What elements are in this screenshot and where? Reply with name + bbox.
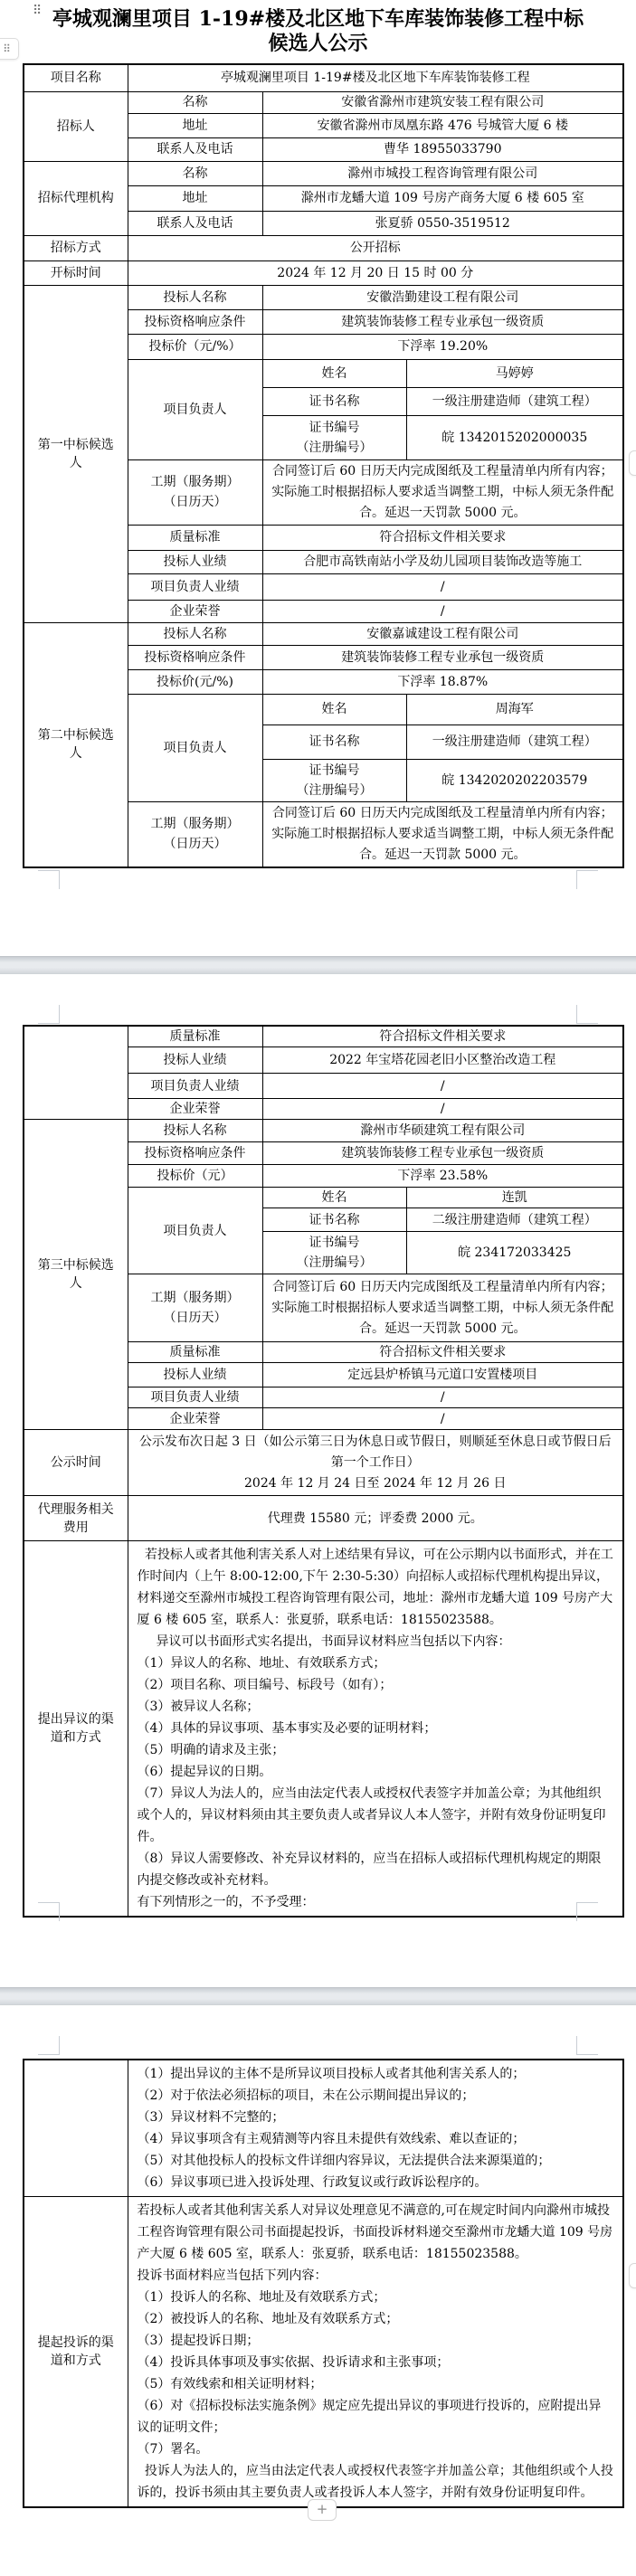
cell-value: 亭城观澜里项目 1-19#楼及北区地下车库装饰装修工程 [128, 64, 623, 91]
row-label: 代理服务相关费用 [24, 1496, 128, 1541]
paragraph: （2）对于依法必须招标的项目，未在公示期间提出异议的； [138, 2085, 614, 2107]
row-label: 招标方式 [24, 235, 128, 260]
side-handle-button[interactable] [629, 2263, 636, 2288]
row-label: 招标代理机构 [24, 161, 128, 235]
sub-label: 投标资格响应条件 [128, 309, 262, 334]
bid-result-table-page1: 项目名称 亭城观澜里项目 1-19#楼及北区地下车库装饰装修工程 招标人 名称 … [23, 63, 624, 868]
cell-value: 马婷婷 [406, 359, 623, 387]
paragraph: （5）对其他投标人的投标文件详细内容异议，无法提供合法来源渠道的； [138, 2150, 614, 2172]
sub-label: 投标人名称 [128, 1120, 262, 1142]
cell-value: 一级注册建造师（建筑工程） [406, 724, 623, 759]
label-line: 工期（服务期） [136, 472, 255, 492]
sub-label: 联系人及电话 [128, 211, 262, 235]
cell-value: 二级注册建造师（建筑工程） [406, 1208, 623, 1232]
cell-value: 安徽浩勤建设工程有限公司 [262, 285, 623, 309]
page-margin-mark [38, 1902, 60, 1921]
cell-value: 安徽省滁州市凤凰东路 476 号城管大厦 6 楼 [262, 113, 623, 137]
cell-value: 下浮率 23.58% [262, 1165, 623, 1188]
sub-label: 企业荣誉 [128, 1408, 262, 1430]
row-label: 提出异议的渠道和方式 [24, 1541, 128, 1918]
label-line: （日历天） [136, 1308, 255, 1328]
page-separator [0, 956, 636, 974]
sub-label: 企业荣誉 [128, 600, 262, 622]
sub-label: 项目负责人 [128, 694, 262, 801]
drag-handle-button[interactable]: ⠿ [0, 38, 19, 60]
sub-label: 企业荣誉 [128, 1099, 262, 1120]
cell-value: 2024 年 12 月 20 日 15 时 00 分 [128, 260, 623, 285]
sub-label: 名称 [128, 91, 262, 113]
cell-value: / [262, 1387, 623, 1408]
cell-value: 公开招标 [128, 235, 623, 260]
sub-label: 项目负责人业绩 [128, 573, 262, 600]
cell-value: 安徽省滁州市建筑安装工程有限公司 [262, 91, 623, 113]
paragraph: （6）提起异议的日期。 [138, 1761, 614, 1783]
sub-label: 投标资格响应条件 [128, 645, 262, 669]
sub-label: 项目负责人业绩 [128, 1387, 262, 1408]
cell-value: 曹华 18955033790 [262, 137, 623, 161]
sub-label: 项目负责人 [128, 1188, 262, 1274]
paragraph: （7）署名。 [138, 2439, 614, 2460]
sub-label: 姓名 [262, 359, 406, 387]
paragraph: （2）项目名称、项目编号、标段号（如有）； [138, 1674, 614, 1696]
paragraph: （1）提出异议的主体不是所异议项目投标人或者其他利害关系人的； [138, 2063, 614, 2085]
label-line: 工期（服务期） [136, 1288, 255, 1308]
side-handle-button[interactable] [629, 450, 636, 476]
publicity-line: 公示发布次日起 3 日（如公示第三日为休息日或节假日，则顺延至休息日或节假日后第… [136, 1432, 616, 1473]
candidate3-label: 第三中标候选人 [24, 1120, 128, 1430]
row-label: 公示时间 [24, 1430, 128, 1496]
block-drag-handle-icon[interactable]: ⠿ [33, 5, 42, 18]
paragraph: （6）对《招标投标法实施条例》规定应先提出异议的事项进行投诉的，应附提出异议的证… [138, 2395, 614, 2439]
sub-label: 项目负责人业绩 [128, 1074, 262, 1099]
row-label: 项目名称 [24, 64, 128, 91]
plus-icon: + [317, 2501, 328, 2517]
row-label: 提起投诉的渠道和方式 [24, 2197, 128, 2508]
bid-result-table-page2: 质量标准 符合招标文件相关要求 投标人业绩 2022 年宝塔花园老旧小区整治改造… [23, 1025, 624, 1918]
sub-label: 投标人名称 [128, 622, 262, 645]
label-line: 证书编号 [271, 418, 399, 438]
cell-value: 下浮率 18.87% [262, 669, 623, 694]
sub-label: 姓名 [262, 694, 406, 724]
candidate2-label: 第二中标候选人 [24, 622, 128, 867]
label-line: （日历天） [136, 834, 255, 854]
page-margin-mark [576, 2036, 598, 2055]
cell-value: 公示发布次日起 3 日（如公示第三日为休息日或节假日，则顺延至休息日或节假日后第… [128, 1430, 623, 1496]
label-line: 证书编号 [271, 1233, 399, 1253]
sub-label: 联系人及电话 [128, 137, 262, 161]
empty-label-cell [24, 2060, 128, 2197]
label-line: （日历天） [136, 492, 255, 512]
candidate1-label: 第一中标候选人 [24, 285, 128, 622]
document-page-2: 质量标准 符合招标文件相关要求 投标人业绩 2022 年宝塔花园老旧小区整治改造… [0, 974, 636, 1987]
cell-value: 连凯 [406, 1188, 623, 1208]
cell-value: 一级注册建造师（建筑工程） [406, 387, 623, 415]
page-separator [0, 1987, 636, 2005]
sub-label: 工期（服务期） （日历天） [128, 1274, 262, 1342]
sub-label: 名称 [128, 161, 262, 185]
sub-label: 投标人业绩 [128, 550, 262, 573]
paragraph: （3）被异议人名称； [138, 1696, 614, 1718]
label-line: （注册编号） [271, 438, 399, 458]
paragraph: （1）投诉人的名称、地址及有效联系方式； [138, 2287, 614, 2308]
document-title: 亭城观澜里项目 1-19#楼及北区地下车库装饰装修工程中标 候选人公示 [25, 7, 611, 56]
empty-label-cell [24, 1026, 128, 1120]
sub-label: 工期（服务期） （日历天） [128, 459, 262, 525]
paragraph: 若投标人或者其他利害关系人对异议处理意见不满意的,可在规定时间内向滁州市城投工程… [138, 2200, 614, 2265]
paragraph: 有下列情形之一的，不予受理： [138, 1891, 614, 1913]
publicity-line: 2024 年 12 月 24 日至 2024 年 12 月 26 日 [136, 1473, 616, 1494]
cell-value: / [262, 600, 623, 622]
paragraph: （3）提起投诉日期； [138, 2330, 614, 2352]
document-page-1: ⠿ ⠿ 亭城观澜里项目 1-19#楼及北区地下车库装饰装修工程中标 候选人公示 … [0, 0, 636, 956]
paragraph: （8）异议人需要修改、补充异议材料的，应当在招标人或招标代理机构规定的期限内提交… [138, 1848, 614, 1891]
cell-value: / [262, 1408, 623, 1430]
cell-value: 定远县炉桥镇马元道口安置楼项目 [262, 1363, 623, 1387]
sub-label: 地址 [128, 185, 262, 211]
sub-label: 证书编号 （注册编号） [262, 1232, 406, 1274]
sub-label: 投标人业绩 [128, 1047, 262, 1074]
cell-value: 代理费 15580 元；评委费 2000 元。 [128, 1496, 623, 1541]
sub-label: 项目负责人 [128, 359, 262, 459]
cell-value: 2022 年宝塔花园老旧小区整治改造工程 [262, 1047, 623, 1074]
page-margin-mark [576, 1005, 598, 1024]
sub-label: 质量标准 [128, 525, 262, 550]
sub-label: 证书编号 （注册编号） [262, 415, 406, 459]
paragraph: （5）有效线索和相关证明材料； [138, 2373, 614, 2395]
row-label: 开标时间 [24, 260, 128, 285]
page-margin-mark [38, 1005, 60, 1024]
document-page-3: （1）提出异议的主体不是所异议项目投标人或者其他利害关系人的； （2）对于依法必… [0, 2005, 636, 2576]
cell-value: 安徽嘉诚建设工程有限公司 [262, 622, 623, 645]
paragraph: （1）异议人的名称、地址、有效联系方式； [138, 1653, 614, 1674]
paragraph: 若投标人或者其他利害关系人对上述结果有异议，可在公示期内以书面形式，并在工作时间… [138, 1544, 614, 1631]
add-block-button[interactable]: + [308, 2499, 337, 2521]
cell-value: 皖 1342020202203579 [406, 759, 623, 801]
sub-label: 工期（服务期） （日历天） [128, 801, 262, 867]
page-margin-mark [576, 870, 598, 889]
sub-label: 姓名 [262, 1188, 406, 1208]
title-line-2: 候选人公示 [25, 32, 611, 56]
sub-label: 投标价（元/%） [128, 334, 262, 359]
cell-value: 建筑装饰装修工程专业承包一级资质 [262, 309, 623, 334]
title-line-1: 亭城观澜里项目 1-19#楼及北区地下车库装饰装修工程中标 [25, 7, 611, 32]
sub-label: 证书名称 [262, 387, 406, 415]
cell-value: 符合招标文件相关要求 [262, 525, 623, 550]
complaint-text: 若投标人或者其他利害关系人对异议处理意见不满意的,可在规定时间内向滁州市城投工程… [128, 2197, 623, 2508]
cell-value: 建筑装饰装修工程专业承包一级资质 [262, 1142, 623, 1165]
sub-label: 投标价(元/%) [128, 669, 262, 694]
paragraph: （6）异议事项已进入投诉处理、行政复议或行政诉讼程序的。 [138, 2172, 614, 2193]
cell-value: 合肥市高铁南站小学及幼儿园项目装饰改造等施工 [262, 550, 623, 573]
cell-value: 周海军 [406, 694, 623, 724]
sub-label: 证书编号 （注册编号） [262, 759, 406, 801]
sub-label: 投标价（元） [128, 1165, 262, 1188]
cell-value: 张夏骄 0550-3519512 [262, 211, 623, 235]
paragraph: 投诉书面材料应当包括下列内容： [138, 2265, 614, 2287]
label-line: （注册编号） [271, 1253, 399, 1273]
row-label: 招标人 [24, 91, 128, 161]
paragraph: （5）明确的请求及主张； [138, 1739, 614, 1761]
paragraph: （4）异议事项含有主观猜测等内容且未提供有效线索、难以查证的； [138, 2128, 614, 2150]
sub-label: 证书名称 [262, 724, 406, 759]
cell-value: 建筑装饰装修工程专业承包一级资质 [262, 645, 623, 669]
objection-text: 若投标人或者其他利害关系人对上述结果有异议，可在公示期内以书面形式，并在工作时间… [128, 1541, 623, 1918]
paragraph: （4）投诉具体事项及事实依据、投诉请求和主张事项； [138, 2352, 614, 2373]
page-margin-mark [38, 2036, 60, 2055]
sub-label: 地址 [128, 113, 262, 137]
cell-value: 下浮率 19.20% [262, 334, 623, 359]
cell-value: / [262, 1074, 623, 1099]
sub-label: 质量标准 [128, 1342, 262, 1363]
label-line: （注册编号） [271, 781, 399, 800]
page-margin-mark [576, 1902, 598, 1921]
bid-result-table-page3: （1）提出异议的主体不是所异议项目投标人或者其他利害关系人的； （2）对于依法必… [23, 2059, 624, 2508]
cell-value: 合同签订后 60 日历天内完成图纸及工程量清单内所有内容；实际施工时根据招标人要… [262, 1274, 623, 1342]
cell-value: 滁州市龙蟠大道 109 号房产商务大厦 6 楼 605 室 [262, 185, 623, 211]
sub-label: 投标人业绩 [128, 1363, 262, 1387]
cell-value: 皖 1342015202000035 [406, 415, 623, 459]
cell-value: 滁州市华硕建筑工程有限公司 [262, 1120, 623, 1142]
cell-value: / [262, 1099, 623, 1120]
sub-label: 证书名称 [262, 1208, 406, 1232]
paragraph: 异议可以书面形式实名提出，书面异议材料应当包括以下内容： [138, 1631, 614, 1653]
objection-rejection-list: （1）提出异议的主体不是所异议项目投标人或者其他利害关系人的； （2）对于依法必… [128, 2060, 623, 2197]
label-line: 工期（服务期） [136, 814, 255, 834]
cell-value: 合同签订后 60 日历天内完成图纸及工程量清单内所有内容；实际施工时根据招标人要… [262, 459, 623, 525]
cell-value: 符合招标文件相关要求 [262, 1026, 623, 1047]
page-margin-mark [38, 870, 60, 889]
paragraph: 投诉人为法人的，应当由法定代表人或授权代表签字并加盖公章；其他组织或个人投诉的，… [138, 2460, 614, 2504]
label-line: 证书编号 [271, 761, 399, 781]
paragraph: （3）异议材料不完整的； [138, 2107, 614, 2128]
cell-value: 符合招标文件相关要求 [262, 1342, 623, 1363]
cell-value: 合同签订后 60 日历天内完成图纸及工程量清单内所有内容；实际施工时根据招标人要… [262, 801, 623, 867]
cell-value: 皖 234172033425 [406, 1232, 623, 1274]
sub-label: 投标人名称 [128, 285, 262, 309]
sub-label: 投标资格响应条件 [128, 1142, 262, 1165]
drag-handle-icon: ⠿ [3, 43, 11, 55]
cell-value: / [262, 573, 623, 600]
paragraph: （4）具体的异议事项、基本事实及必要的证明材料； [138, 1718, 614, 1739]
paragraph: （7）异议人为法人的，应当由法定代表人或授权代表签字并加盖公章；为其他组织或个人… [138, 1783, 614, 1848]
cell-value: 滁州市城投工程咨询管理有限公司 [262, 161, 623, 185]
sub-label: 质量标准 [128, 1026, 262, 1047]
paragraph: （2）被投诉人的名称、地址及有效联系方式； [138, 2308, 614, 2330]
